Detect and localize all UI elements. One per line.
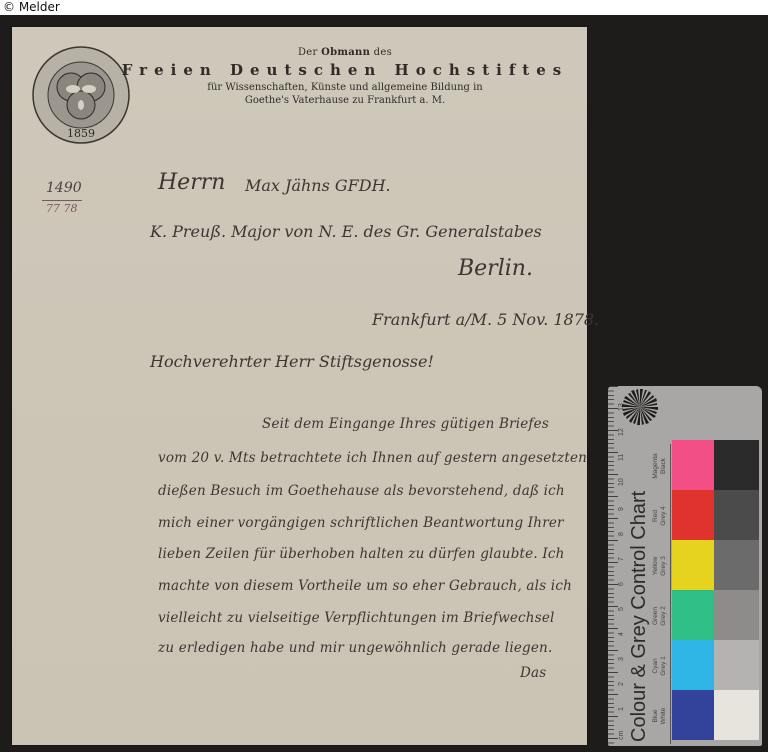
reference-sub-number: 77 78 (46, 202, 78, 215)
ruler-number: 5 (618, 607, 625, 611)
grey4-patch (714, 490, 759, 540)
body-line: vielleicht zu vielseitige Verpflichtunge… (158, 610, 555, 626)
patch-label: MagentaBlack (652, 442, 668, 490)
patch-label: YellowGrey 3 (652, 542, 668, 590)
body-line: mich einer vorgängigen schriftlichen Bea… (158, 515, 564, 531)
place-date: Frankfurt a/M. 5 Nov. 1878. (372, 310, 599, 329)
black-patch (714, 440, 759, 490)
ruler-number: 11 (618, 454, 625, 461)
letterhead-line1: Der Obmann des (120, 47, 570, 58)
grey3-patch (714, 540, 759, 590)
recipient-name: Max Jähns GFDH. (245, 176, 391, 195)
patch-label: GreenGrey 2 (652, 592, 668, 640)
catchword: Das (520, 665, 546, 681)
recipient-title: K. Preuß. Major von N. E. des Gr. Genera… (150, 222, 542, 241)
body-line: dießen Besuch im Goethehause als bevorst… (158, 483, 565, 499)
yellow-patch (672, 540, 714, 590)
blue-patch (672, 690, 714, 740)
grey1-patch (714, 640, 759, 690)
ruler-number: 12 (618, 428, 625, 436)
body-line: vom 20 v. Mts betrachtete ich Ihnen auf … (158, 450, 587, 466)
ruler-unit: cm (618, 731, 625, 740)
letterhead-suffix: des (374, 47, 392, 58)
ruler-number: 6 (618, 582, 625, 586)
body-line: machte von diesem Vortheile um so eher G… (158, 578, 572, 594)
ruler-number: 10 (618, 478, 625, 486)
reference-divider (42, 200, 82, 201)
greeting: Hochverehrter Herr Stiftsgenosse! (150, 352, 434, 371)
copyright-credit: © Melder (0, 0, 768, 15)
ruler-number: 1 (618, 707, 625, 711)
grey2-patch (714, 590, 759, 640)
letterhead-subtitle: für Wissenschaften, Künste und allgemein… (120, 82, 570, 93)
body-line: Seit dem Eingange Ihres gütigen Briefes (262, 416, 549, 432)
ruler-number: 4 (618, 632, 625, 636)
body-line: zu erledigen habe und mir ungewöhnlich g… (158, 640, 552, 656)
patch-label: CyanGrey 1 (652, 642, 668, 690)
recipient-city: Berlin. (458, 256, 533, 281)
institution-seal-icon: 1859 (31, 45, 131, 145)
patch-labels: BlueWhite CyanGrey 1 GreenGrey 2 YellowG… (652, 442, 674, 742)
letterhead: Der Obmann des Freien Deutschen Hochstif… (120, 47, 570, 106)
body-line: lieben Zeilen für überhoben halten zu dü… (158, 546, 565, 562)
chart-title: Colour & Grey Control Chart (628, 402, 651, 742)
ruler-number: 2 (618, 682, 625, 686)
magenta-patch (672, 440, 714, 490)
ruler-number: 3 (618, 657, 625, 661)
letterhead-prefix: Der (298, 47, 318, 58)
colour-control-chart: cm 1 2 3 4 5 6 7 8 9 10 11 12 13 (608, 386, 762, 746)
ruler-major-ticks (608, 386, 618, 746)
patch-label: BlueWhite (652, 692, 668, 740)
ruler-number: 8 (618, 532, 625, 536)
letterhead-title: Obmann (321, 47, 370, 58)
salutation-prefix: Herrn (158, 170, 225, 195)
letterhead-institution: Freien Deutschen Hochstiftes (120, 61, 570, 79)
patch-label: RedGrey 4 (652, 492, 668, 540)
reference-number: 1490 (46, 180, 82, 196)
green-patch (672, 590, 714, 640)
svg-text:1859: 1859 (67, 127, 95, 140)
white-patch (714, 690, 759, 740)
ruler-number: 9 (618, 507, 625, 511)
cyan-patch (672, 640, 714, 690)
letterhead-address: Goethe's Vaterhause zu Frankfurt a. M. (120, 95, 570, 106)
ruler-number: 7 (618, 557, 625, 561)
red-patch (672, 490, 714, 540)
